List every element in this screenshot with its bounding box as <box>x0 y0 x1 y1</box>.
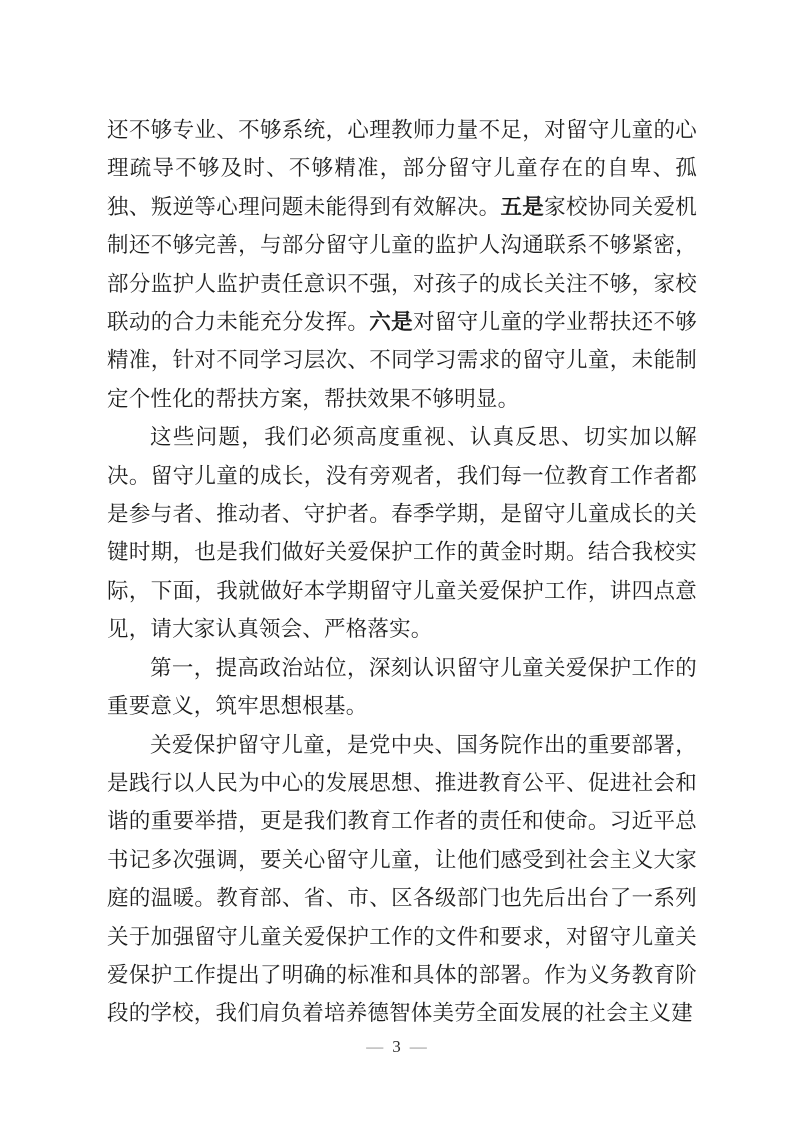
text-segment: 关爱保护留守儿童，是党中央、国务院作出的重要部署，是践行以人民为中心的发展思想、… <box>107 733 697 1026</box>
bold-phrase: 五是 <box>500 195 544 219</box>
bold-phrase: 六是 <box>369 310 413 334</box>
document-body: 还不够专业、不够系统，心理教师力量不足，对留守儿童的心理疏导不够及时、不够精准，… <box>107 111 697 1033</box>
page-number-right-dash: — <box>401 1037 436 1056</box>
text-segment: 这些问题，我们必须高度重视、认真反思、切实加以解决。留守儿童的成长，没有旁观者，… <box>107 425 697 641</box>
paragraph: 还不够专业、不够系统，心理教师力量不足，对留守儿童的心理疏导不够及时、不够精准，… <box>107 111 697 418</box>
paragraph: 第一，提高政治站位，深刻认识留守儿童关爱保护工作的重要意义，筑牢思想根基。 <box>107 649 697 726</box>
page-number: 3 <box>392 1037 401 1056</box>
paragraph: 这些问题，我们必须高度重视、认真反思、切实加以解决。留守儿童的成长，没有旁观者，… <box>107 418 697 648</box>
page-footer: —3— <box>0 1036 793 1058</box>
document-page: 还不够专业、不够系统，心理教师力量不足，对留守儿童的心理疏导不够及时、不够精准，… <box>0 0 793 1122</box>
page-number-left-dash: — <box>357 1037 392 1056</box>
paragraph: 关爱保护留守儿童，是党中央、国务院作出的重要部署，是践行以人民为中心的发展思想、… <box>107 726 697 1033</box>
text-segment: 第一，提高政治站位，深刻认识留守儿童关爱保护工作的重要意义，筑牢思想根基。 <box>107 656 697 718</box>
